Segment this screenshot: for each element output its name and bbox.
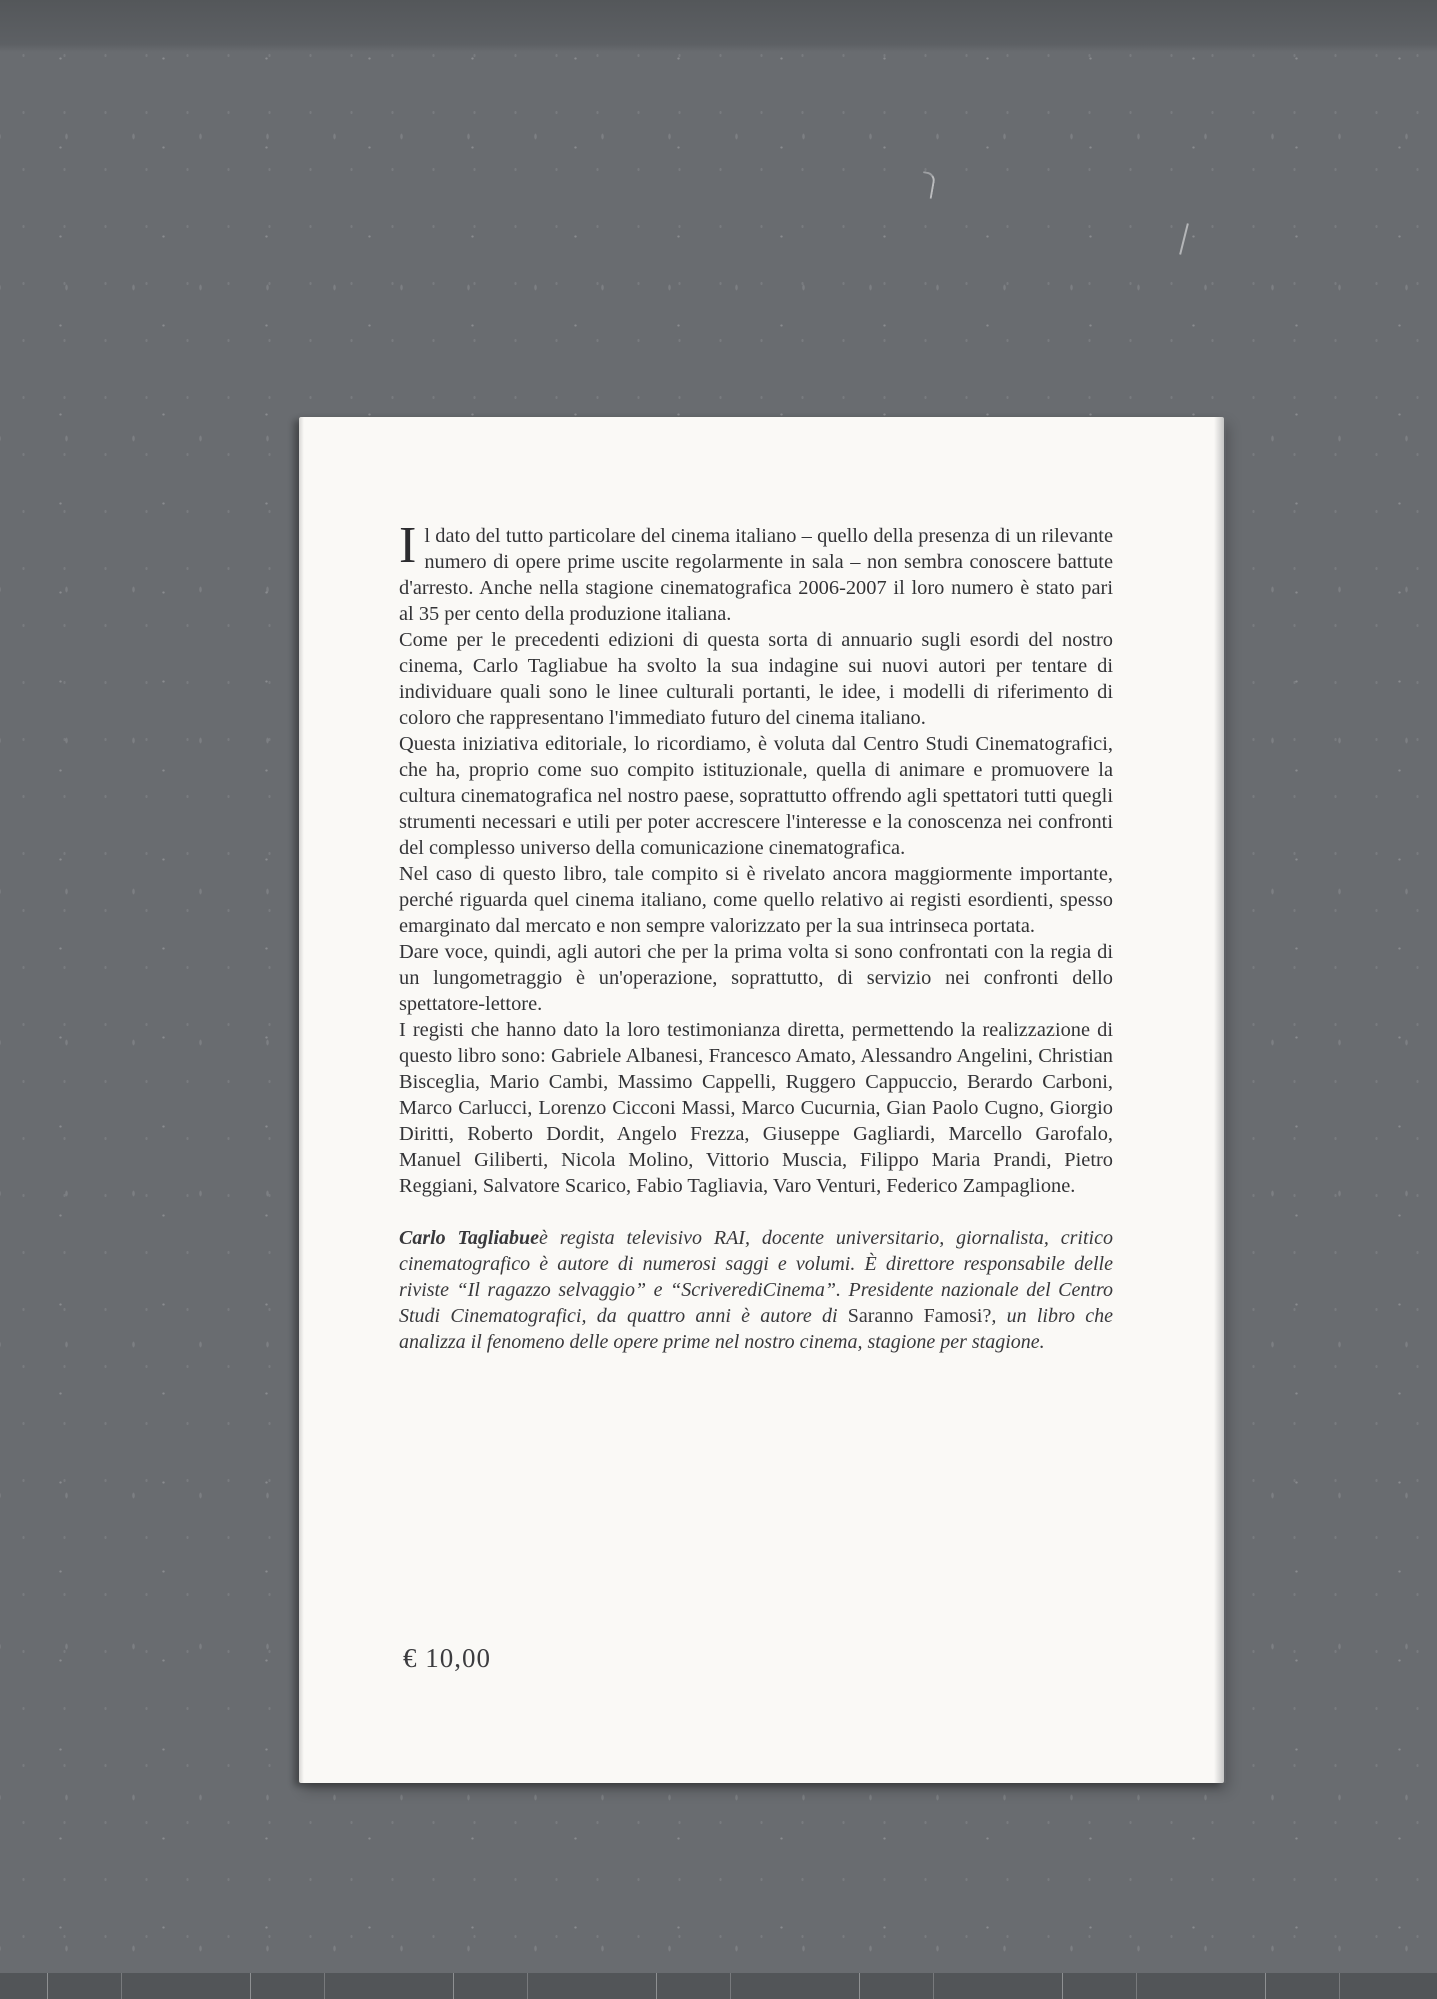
paragraph: Come per le precedenti edizioni di quest… bbox=[399, 627, 1113, 731]
paragraph: Nel caso di questo libro, tale compito s… bbox=[399, 861, 1113, 939]
book-back-cover: Il dato del tutto particolare del cinema… bbox=[299, 417, 1224, 1783]
blurb-text: Il dato del tutto particolare del cinema… bbox=[399, 523, 1113, 1355]
paragraph-intro: Il dato del tutto particolare del cinema… bbox=[399, 523, 1113, 627]
author-name: Carlo Tagliabue bbox=[399, 1227, 539, 1249]
paragraph: Questa iniziativa editoriale, lo ricordi… bbox=[399, 731, 1113, 861]
paragraph-intro-text: l dato del tutto particolare del cinema … bbox=[399, 525, 1113, 625]
paragraph: Dare voce, quindi, agli autori che per l… bbox=[399, 939, 1113, 1017]
price-label: € 10,00 bbox=[403, 1643, 491, 1674]
scanner-band-bottom bbox=[0, 1973, 1437, 1999]
book-title: Saranno Famosi? bbox=[848, 1305, 992, 1327]
scanned-photo-background: Il dato del tutto particolare del cinema… bbox=[0, 0, 1437, 1999]
drop-cap: I bbox=[399, 523, 424, 567]
paragraph-directors-list: I registi che hanno dato la loro testimo… bbox=[399, 1017, 1113, 1199]
author-bio: Carlo Tagliabueè regista televisivo RAI,… bbox=[399, 1225, 1113, 1355]
scan-artifact-slash bbox=[1179, 223, 1189, 255]
scanner-band-top bbox=[0, 0, 1437, 52]
scan-artifact-curl bbox=[919, 171, 936, 199]
